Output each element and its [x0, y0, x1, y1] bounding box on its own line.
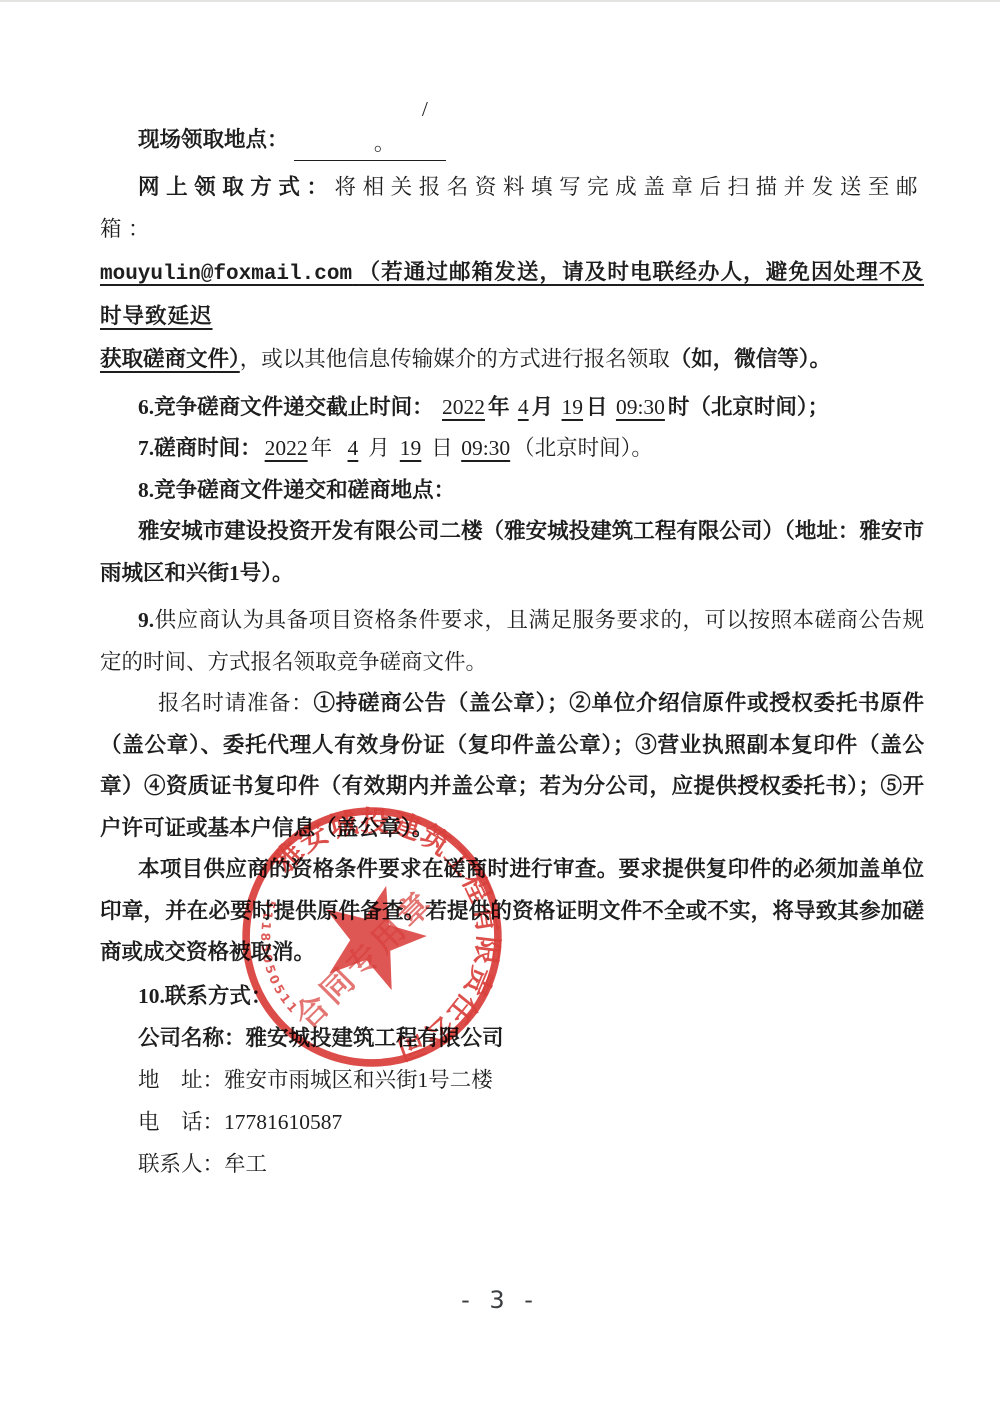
company-name-value: 雅安城投建筑工程有限公司	[246, 1026, 504, 1050]
email-line: mouyulin@foxmail.com （若通过邮箱发送，请及时电联经办人，避…	[100, 252, 924, 337]
deadline-label: 6.竞争磋商文件递交截止时间：	[138, 395, 434, 419]
item9-text: 供应商认为具备项目资格条件要求，且满足服务要求的，可以按照本磋商公告规定的时间、…	[100, 608, 924, 674]
document-page: 现场领取地点： /。 网上领取方式：将相关报名资料填写完成盖章后扫描并发送至邮箱…	[0, 0, 1000, 1414]
deadline-month-unit: 月	[532, 395, 554, 419]
consult-month: 4	[338, 436, 369, 460]
consult-suffix: （北京时间）。	[513, 436, 653, 460]
deadline-year-unit: 年	[488, 395, 510, 419]
consult-day-unit: 日	[431, 436, 453, 460]
contact-person-label: 联系人：	[138, 1152, 224, 1176]
supplier-eligibility-paragraph: 9.供应商认为具备项目资格条件要求，且满足服务要求的，可以按照本磋商公告规定的时…	[100, 600, 924, 683]
phone-row: 电 话：17781610587	[100, 1102, 924, 1144]
consult-year: 2022	[262, 436, 311, 460]
deadline-time: 09:30	[613, 395, 668, 419]
pickup-location-blank: /。	[294, 92, 446, 161]
scan-edge	[0, 0, 1000, 2]
qualification-review-paragraph: 本项目供应商的资格条件要求在磋商时进行审查。要求提供复印件的必须加盖单位印章，并…	[100, 849, 924, 974]
deadline-line: 6.竞争磋商文件递交截止时间： 2022年 4月 19日 09:30时（北京时间…	[100, 387, 924, 429]
consult-year-unit: 年	[311, 436, 333, 460]
address-value: 雅安市雨城区和兴街1号二楼	[224, 1068, 493, 1092]
other-media-text: ，或以其他信息传输媒介的方式进行报名领取	[240, 347, 670, 371]
company-name-row: 公司名称：雅安城投建筑工程有限公司	[100, 1018, 924, 1060]
deadline-suffix: 时（北京时间）；	[668, 395, 829, 419]
online-method-label: 网上领取方式：	[138, 175, 335, 199]
wechat-note-text: （如，微信等）。	[670, 347, 831, 371]
pickup-location-label: 现场领取地点：	[138, 128, 289, 152]
phone-label: 电 话：	[138, 1110, 224, 1134]
contact-person-row: 联系人：牟工	[100, 1144, 924, 1186]
contact-heading: 10.联系方式：	[100, 976, 924, 1018]
pickup-location-line: 现场领取地点： /。	[100, 92, 924, 161]
consult-day: 19	[390, 436, 432, 460]
document-body: 现场领取地点： /。 网上领取方式：将相关报名资料填写完成盖章后扫描并发送至邮箱…	[100, 92, 924, 1185]
email-address-text: mouyulin@foxmail.com	[100, 263, 352, 286]
consult-time-line: 7.磋商时间：2022年 4月19日 09:30（北京时间）。	[100, 428, 924, 470]
deadline-day-unit: 日	[586, 395, 608, 419]
address-row: 地 址：雅安市雨城区和兴街1号二楼	[100, 1060, 924, 1102]
contact-person-value: 牟工	[224, 1152, 267, 1176]
deadline-year: 2022	[439, 395, 488, 419]
item9-number: 9.	[138, 608, 154, 632]
location-address: 雅安城市建设投资开发有限公司二楼（雅安城投建筑工程有限公司）（地址：雅安市雨城区…	[100, 511, 924, 594]
page-number: - 3 -	[0, 1286, 1000, 1314]
online-method-line: 网上领取方式：将相关报名资料填写完成盖章后扫描并发送至邮箱：	[100, 167, 924, 250]
blank-slash: /	[384, 92, 428, 126]
deadline-month: 4	[515, 395, 532, 419]
deadline-day: 19	[559, 395, 587, 419]
consult-time-label: 7.磋商时间：	[138, 436, 262, 460]
phone-value: 17781610587	[224, 1110, 342, 1134]
location-heading: 8.竞争磋商文件递交和磋商地点：	[100, 470, 924, 512]
blank-period: 。	[336, 126, 396, 160]
consult-month-unit: 月	[368, 436, 390, 460]
email-note-continued: 获取磋商文件）	[100, 347, 240, 371]
prepare-label: 报名时请准备：	[158, 691, 314, 715]
address-label: 地 址：	[138, 1068, 224, 1092]
company-name-label: 公司名称：	[138, 1026, 246, 1050]
email-line-2: 获取磋商文件），或以其他信息传输媒介的方式进行报名领取（如，微信等）。	[100, 339, 924, 381]
consult-time-value: 09:30	[458, 436, 513, 460]
registration-prepare-paragraph: 报名时请准备：①持磋商公告（盖公章）；②单位介绍信原件或授权委托书原件（盖公章）…	[100, 683, 924, 849]
